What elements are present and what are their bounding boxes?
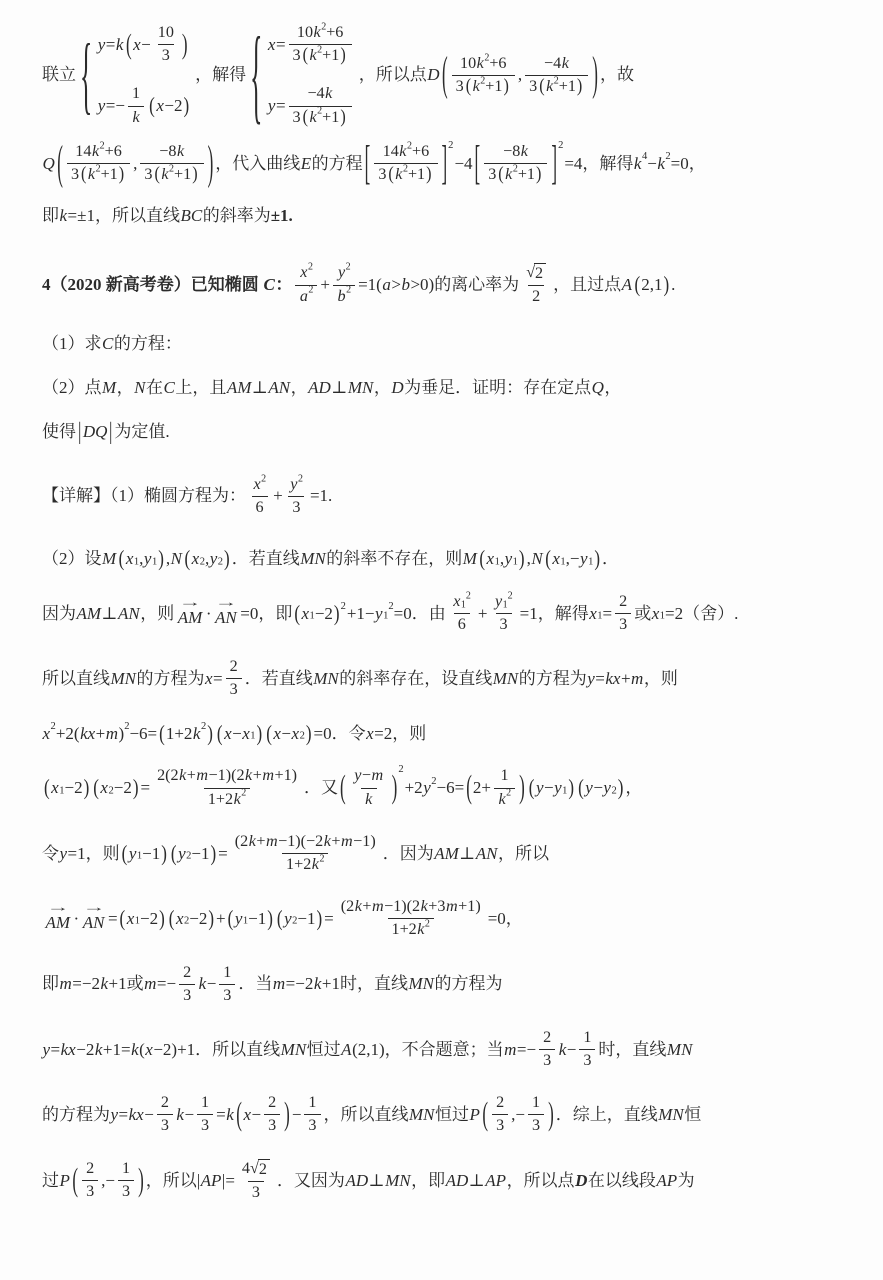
superscript: 4 [642,150,647,165]
math-variable: k [233,790,241,810]
fraction: y2b2 [333,262,355,307]
math-run: 3 [161,1116,169,1136]
math-symbol: (2 [235,832,248,852]
fraction: 23 [179,962,195,1007]
math-run: C [263,273,275,297]
superscript: 2 [554,75,559,88]
text-run: ， [604,376,621,400]
math-run: −2 [64,776,82,800]
math-run: 1 [310,610,315,625]
subscript: 1 [152,555,157,570]
text-run: ．若直线 [245,667,313,691]
detail-part1-answer-line: 【详解】（1）椭圆方程为：x26+y23=1. [42,474,845,519]
math-run: k [309,108,317,128]
math-run: +1 [408,165,425,185]
math-variable: MN [666,1038,693,1062]
math-symbol: 1 [660,610,665,625]
math-run: −4 [454,152,472,176]
text-run: ，所以 [498,842,549,866]
math-variable: m [144,972,157,996]
text-run: （2）设 [42,547,102,571]
math-variable: AN [475,842,498,866]
denominator: 3(k2+1) [374,163,437,186]
group-content: y1−1 [128,842,160,866]
open-delimiter: ( [169,903,175,934]
math-run: 1 [583,1028,591,1048]
math-run: 2 [611,784,616,799]
text-run: 在以线段 [588,1169,656,1193]
math-symbol: 6 [256,498,264,518]
group-content: DQ [82,420,108,444]
math-variable: kx [60,1038,76,1062]
math-symbol: 1+2 [166,722,193,746]
math-symbol: −1)(2 [384,897,420,917]
math-symbol: 14 [383,142,399,162]
denominator: 3(k2+1) [289,44,352,67]
math-variable: k [399,142,407,162]
math-symbol: =0 [488,907,506,931]
math-variable: C [163,376,175,400]
denominator: 3 [219,984,235,1007]
numerator: x2 [249,474,270,496]
close-delimiter: ) [84,773,90,804]
numerator: −4k [540,53,573,75]
math-run: k [132,108,140,128]
math-variable: C [263,273,275,297]
math-symbol: 1 [243,915,248,930]
delimited-group: (x1−2)2 [293,602,346,626]
math-symbol: 2 [554,75,559,88]
page-body: { "colors": { "background": "#fdfdfd", "… [0,0,883,1280]
math-symbol: +1 [322,46,339,66]
math-run: y=kx+m [587,667,644,691]
math-symbol: , [518,63,522,87]
subscript: 1 [134,555,139,570]
text-run: 即 [42,204,59,228]
brace-delimiter: { [250,0,262,150]
denominator: 3 [579,1049,595,1072]
close-delimiter: ) [594,543,600,574]
open-delimiter: ( [466,75,471,98]
math-symbol: 2 [341,599,346,614]
open-delimiter: ( [277,903,283,934]
math-symbol: 3 [532,1116,540,1136]
math-run: x [453,592,461,612]
math-symbol: 2 [532,287,540,307]
math-run: x [651,602,660,626]
numerator: 2 [492,1092,508,1114]
math-symbol: 2 [665,150,670,165]
math-variable: b [337,287,346,307]
math-run: = [603,602,613,626]
denominator: 3(k2+1) [525,75,588,98]
math-run: k [395,165,403,185]
math-symbol: 2 [317,106,322,119]
text-run: 恒过 [307,1038,341,1062]
text-run: ，则 [140,602,174,626]
math-variable: x [552,547,561,571]
math-run: k [505,165,513,185]
math-symbol: +6 [105,142,122,162]
numerator: −8k [499,141,532,163]
subscript: 1 [310,610,315,625]
math-run: AN [82,911,105,935]
math-run: , [518,63,522,87]
math-run: 1 [588,555,593,570]
math-symbol: 2 [448,139,453,154]
close-delimiter: ) [182,24,188,64]
math-variable: x [267,33,276,57]
math-run: =0 [671,152,689,176]
math-run: 2 [200,555,205,570]
math-symbol: 2 [480,75,485,88]
math-run: −1 [142,842,160,866]
math-run: 3 [252,1183,260,1203]
denominator: 3 [615,613,631,636]
math-run: + [273,484,283,508]
math-variable: A [621,273,632,297]
math-variable: x [589,602,598,626]
math-symbol: 2 [506,788,511,801]
math-run: k [365,790,373,810]
vector: AN [82,903,105,935]
close-delimiter: ) [663,270,669,301]
math-run: +2y [405,776,432,800]
close-delimiter: ) [340,106,345,129]
open-delimiter: ( [479,543,485,574]
math-symbol: −2 [64,776,82,800]
fraction: √22 [522,262,550,308]
math-run: y [494,592,502,612]
fraction: x126 [449,591,475,636]
math-run: MN [409,1103,436,1127]
delimited-group: (2,1) [634,273,671,297]
math-symbol: − [184,1103,194,1127]
math-run: 1+2k [208,790,241,810]
math-run: k=±1 [59,204,95,228]
open-delimiter: ( [442,42,448,109]
math-variable: k [417,920,425,940]
text-run: ，所以点 [359,63,427,87]
math-run: MN [313,667,340,691]
text-run: 的方程为 [519,667,587,691]
superscript: 2 [484,52,489,65]
math-variable: y [110,1103,119,1127]
superscript: 2 [241,788,246,801]
math-variable: m [371,897,384,917]
math-variable: y [375,602,384,626]
math-run: x [301,602,310,626]
math-symbol: −2 [114,776,132,800]
part2-setup-line: （2）设M(x1,y1),N(x2,y2)．若直线MN的斜率不存在，则M(x1,… [42,547,845,571]
math-symbol: −2 [140,907,158,931]
text-run: ， [291,376,308,400]
math-symbol: 3 [456,77,464,97]
math-symbol: +1 [174,165,191,185]
math-run: k [546,77,554,97]
math-run: BC [180,204,203,228]
math-symbol: 14 [75,142,91,162]
math-variable: MN [313,667,340,691]
math-symbol: 3 [543,1051,551,1071]
open-delimiter: [ [365,130,371,197]
math-run: −6= [437,776,465,800]
math-run: + [320,273,330,297]
vector: AN [215,598,238,630]
text-run: （2）点 [42,376,102,400]
group-content: k2+1 [546,77,576,97]
math-run: 1 [513,555,518,570]
math-variable: k [179,766,187,786]
math-symbol: −2 [164,94,182,118]
group-content: y2−1 [284,907,316,931]
math-symbol: + [273,484,283,508]
math-run: A [621,273,632,297]
math-symbol: −1)(−2 [278,832,323,852]
delimited-group: (y1−1) [227,907,274,931]
math-run: 1 [308,1093,316,1113]
math-variable: AD [345,1169,369,1193]
math-run: 1 [201,1093,209,1113]
open-delimiter: ( [539,75,544,98]
math-variable: AN [215,606,238,630]
superscript: 2 [124,720,129,735]
math-variable: k [313,972,322,996]
math-run: 3 [230,680,238,700]
math-symbol: > [391,273,401,297]
math-run: 3 [496,1116,504,1136]
math-run: 2 [184,915,189,930]
superscript: 2 [100,140,105,153]
math-symbol: 1 [152,555,157,570]
math-run: 2 [484,52,489,65]
math-symbol: 2 [508,590,513,603]
math-variable: x [243,1103,252,1127]
math-run: 4 [642,150,647,165]
math-symbol: =1 [68,842,86,866]
fraction: 23 [82,1158,98,1203]
numerator: 1 [304,1092,320,1114]
fraction: x2a2 [295,262,317,307]
numerator: y−m [350,765,388,787]
denominator: 3(k2+1) [289,106,352,129]
denominator: 3 [264,1114,280,1137]
math-run: · [206,602,212,626]
close-delimiter: ) [133,773,139,804]
group-content: 1+2k2 [166,722,206,746]
open-delimiter: ( [294,598,300,629]
math-symbol: 2 [431,775,436,790]
text-run: ．所以直线 [195,1038,280,1062]
math-symbol: −4 [307,84,324,104]
math-run: y=k [97,33,124,57]
math-symbol: 3 [293,46,301,66]
open-delimiter: ( [266,718,272,749]
text-run: ，即 [258,602,292,626]
math-variable: y [234,907,243,931]
delimited-group: (x2−2) [92,776,139,800]
math-symbol: 10 [460,54,476,74]
group-content: x2−2 [100,776,132,800]
math-symbol: 10 [158,23,174,43]
math-run: x− [243,1103,261,1127]
math-symbol: 1 [308,1093,316,1113]
group-superscript: 2 [558,139,563,154]
text-run: ． [602,547,619,571]
math-run: 2 [124,720,129,735]
math-run: MN [492,667,519,691]
math-symbol: 2 [298,473,303,486]
math-run: +1 [322,108,339,128]
math-symbol: 2 [183,963,191,983]
math-run: N [134,376,146,400]
math-variable: y [580,547,589,571]
math-run: x= [205,667,223,691]
close-delimiter: ) [618,773,624,804]
radicand: 2 [534,263,546,284]
denominator: 3(k2+1) [484,163,547,186]
subscript: 1 [660,610,665,625]
text-run: 时，直线 [598,1038,666,1062]
math-run: +2(kx+m) [56,722,124,746]
open-delimiter: ( [482,1092,488,1137]
fraction: (2k+m−1)(−2k+m−1)1+2k2 [231,831,380,876]
math-run: 2 [543,1028,551,1048]
numerator: 2 [539,1027,555,1049]
math-run: 3 [86,1182,94,1202]
math-run: 2 [388,600,393,615]
math-run: 2 [218,555,223,570]
math-variable: m [262,766,275,786]
text-run: 使得 [42,420,76,444]
group-content: x−x1 [224,722,256,746]
denominator: 3 [179,984,195,1007]
superscript: 2 [308,285,313,298]
math-run: y=1 [59,842,86,866]
math-symbol: =0 [394,602,412,626]
math-run: 2 [407,140,412,153]
close-delimiter: ) [334,598,340,629]
superscript: 2 [298,473,303,486]
subscript: 1 [562,784,567,799]
math-run: −k [647,152,665,176]
text-run: 时，直线 [340,972,408,996]
close-delimiter: ) [503,75,508,98]
math-run: A(2,1) [341,1038,385,1062]
subscript: 2 [200,555,205,570]
math-run: +1 [559,77,576,97]
math-variable: x [366,722,375,746]
open-delimiter: ( [466,765,472,810]
math-run: a [299,287,308,307]
math-variable: y [97,33,106,57]
group-content: x−x2 [273,722,305,746]
open-delimiter: ( [119,543,125,574]
text-run: ．令 [332,722,366,746]
math-symbol: =±1 [68,204,95,228]
math-run: x= [267,33,285,57]
math-symbol: − [141,33,151,57]
math-variable: k [176,142,184,162]
group-content: x−103 [133,22,181,67]
superscript: 2 [319,853,324,866]
math-run: DQ [82,420,108,444]
fraction: x26 [249,474,270,519]
math-symbol: =−2 [72,972,100,996]
math-symbol: 2 [496,1093,504,1113]
math-run: AN [215,606,238,630]
math-run: +1 [485,77,502,97]
math-variable: AM [177,606,203,630]
math-run: 1 [134,555,139,570]
close-delimiter: ) [426,163,431,186]
math-variable: AP [656,1169,678,1193]
text-run: 的斜率为 [203,204,271,228]
group-content: −8k3(k2+1) [481,141,550,186]
math-variable: k [476,54,484,74]
math-variable: E [300,152,311,176]
math-run: =k [216,1103,234,1127]
math-symbol: =0 [671,152,689,176]
math-run: AM⊥AN [226,376,290,400]
math-symbol: = [216,1103,226,1127]
math-variable: C [102,332,114,356]
text-run: ，所以点 [507,1169,575,1193]
denominator: 3 [496,613,512,636]
math-symbol: 3 [500,615,508,635]
math-variable: AD [308,376,332,400]
math-variable: D [575,1169,588,1193]
text-run: 的方程 [312,152,363,176]
math-symbol: −8 [503,142,520,162]
subscript: 2 [184,915,189,930]
math-variable: y [504,547,513,571]
close-delimiter: ) [210,838,216,869]
math-run: −2 [189,907,207,931]
fraction: 23 [264,1092,280,1137]
math-symbol: +3 [428,897,445,917]
text-run: ，故 [600,63,634,87]
superscript: 2 [508,590,513,603]
math-run: k− [558,1038,576,1062]
brace-delimiter: { [80,15,92,136]
text-run: ．因为 [383,842,434,866]
math-symbol: 3 [122,1182,130,1202]
group-content: k2+1 [309,108,339,128]
group-content: 10k2+63(k2+1),−4k3(k2+1) [449,53,592,98]
math-symbol: 3 [529,77,537,97]
group-content: k2+1 [505,165,535,185]
delimited-group: (k2+1) [302,46,347,66]
math-symbol: 2+ [473,776,491,800]
part2-dot-product-line: AM·AN=(x1−2)(x2−2)+(y1−1)(y2−1)=(2k+m−1)… [42,896,845,941]
math-run: 2 [403,163,408,176]
math-run: ,− [511,1103,525,1127]
text-run: ±1. [271,204,293,228]
math-symbol: ,− [566,547,580,571]
math-run: 3 [308,1116,316,1136]
math-variable: m [59,972,72,996]
superscript: 2 [425,919,430,932]
math-run: x [191,547,200,571]
text-run: ，解得 [195,63,246,87]
open-delimiter: ( [184,543,190,574]
math-run: 10k [297,23,321,43]
delimited-group: (x−x1) [216,722,263,746]
delimited-group: (x1,y1) [118,547,165,571]
text-run: . [671,273,675,297]
math-symbol: >0) [410,273,434,297]
